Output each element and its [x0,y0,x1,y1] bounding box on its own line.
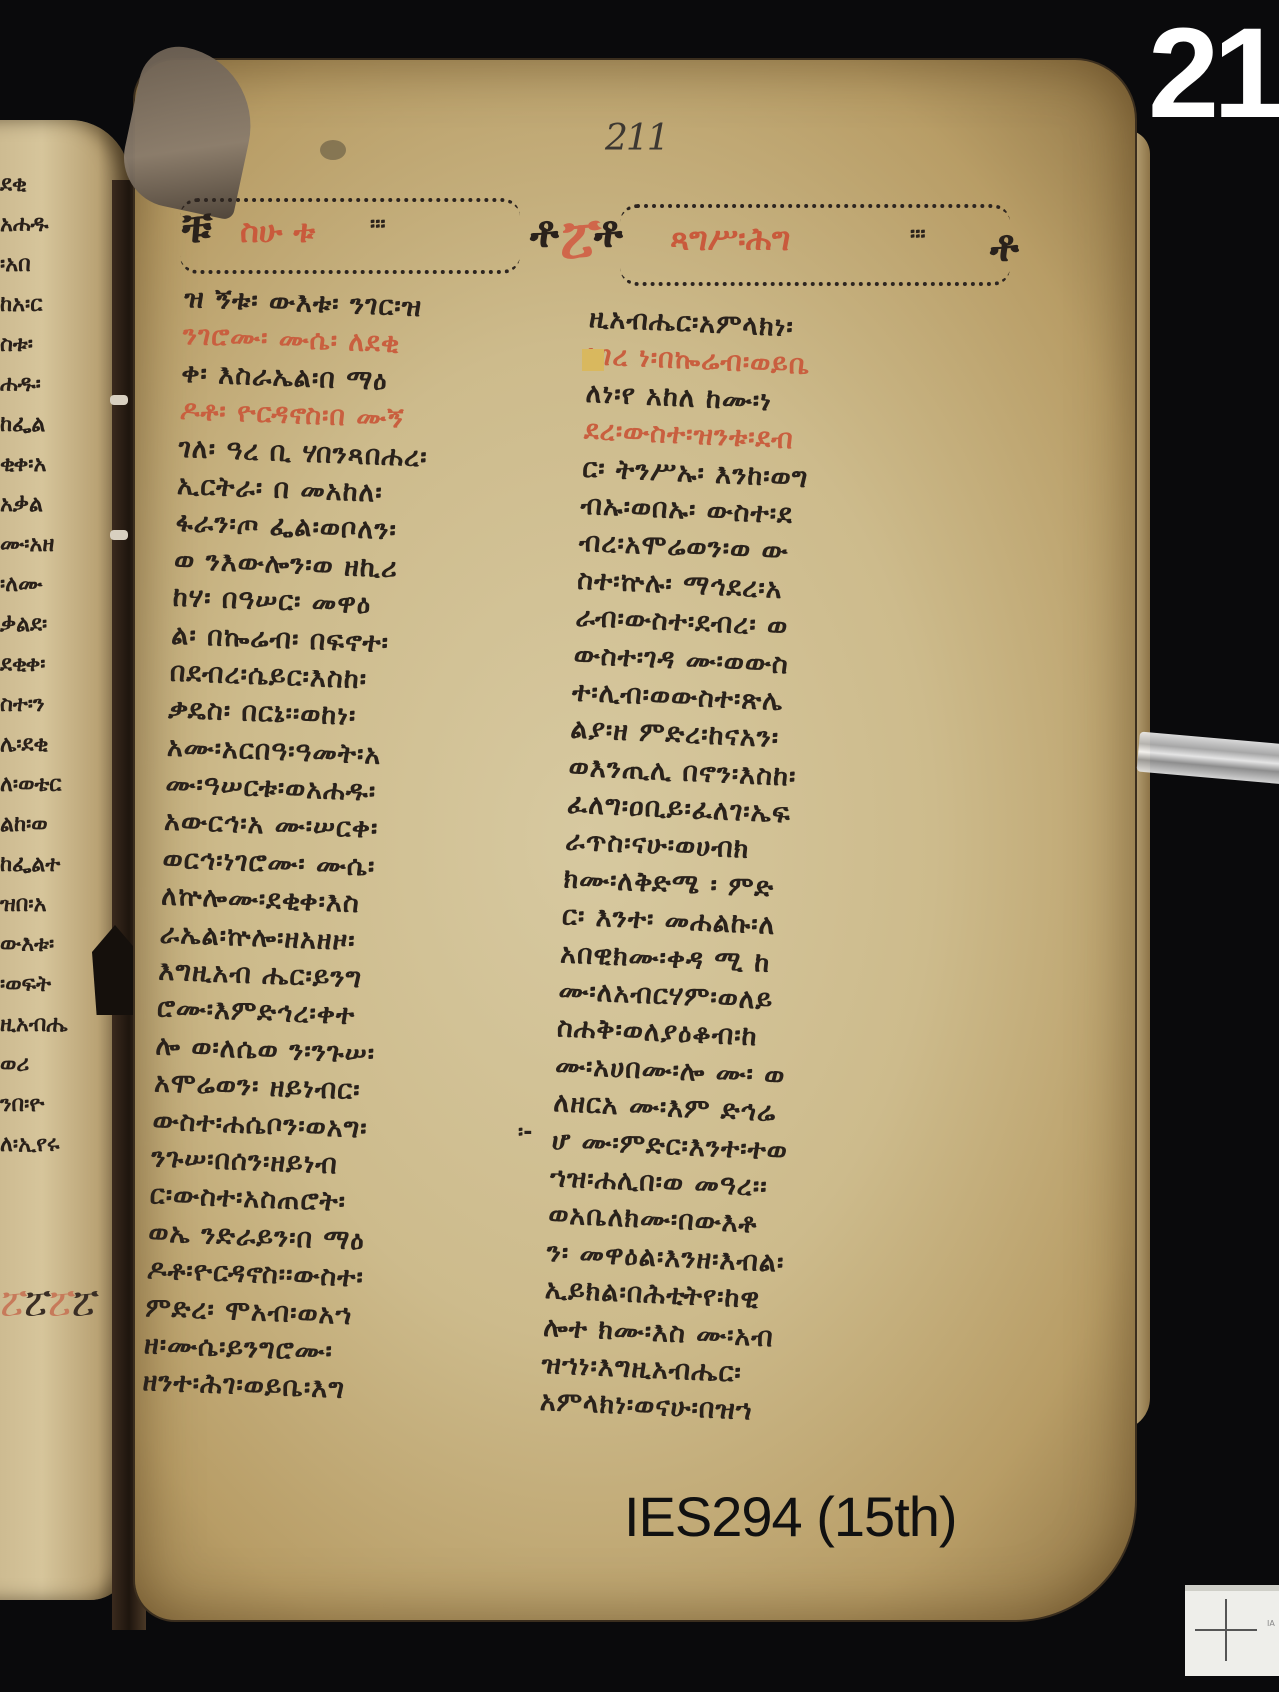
rubric-letter: ፘ [48,1280,72,1326]
header-right-panel: ጻግሥ፡ሕግ ፡፡፡ ቶ [620,190,1020,290]
shelfmark-label: IES294 (15th) [624,1484,957,1549]
cross-ornament-icon: ቶ [594,206,623,257]
marginal-mark: ፡- [518,1120,532,1145]
text-line: ሐዱ፡ [0,365,115,405]
page-number: 211 [605,118,668,159]
rubric-letter: ፘ [0,1280,24,1326]
rubric-letter: ፘ [24,1280,48,1326]
header-left-panel: ቹ ስሁ ቱ ፡፡፡ [170,190,530,290]
text-line: ከአ፡ር [0,285,115,325]
binding-thread [110,530,128,540]
crosshair-icon [1225,1599,1227,1661]
text-line: ለ፡ወቴር [0,765,115,805]
previous-folio-rubric: ፘፘፘፘ [0,1280,95,1326]
scale-card-label: IA [1267,1619,1275,1628]
text-line: ስቱ፡ [0,325,115,365]
rubric-letter: ፘ [72,1280,96,1326]
previous-folio: ደቂአሐዱ፡አበከአ፡ርስቱ፡ሐዱ፡ከፌልቂቀ፡አአቃልሙ፡አዘ፡ለሙቃልደ፡ደ… [0,120,130,1600]
binding-thread [110,395,128,405]
text-line: ለ፡ኢየሩ [0,1125,115,1165]
text-line: ከፌል [0,405,115,445]
text-column-right: ዚአብሔር፡አምላክነ፡ነገረ ነ፡በኰሬብ፡ወይቤለነ፡የ አከለ ከሙ፡ነደ… [539,300,989,1439]
header-frame-left [180,198,520,274]
stain [320,140,346,160]
header-punctuation: ፡፡፡ [370,212,386,237]
header-rubric-left: ስሁ ቱ [240,212,315,251]
text-line: ፡ለሙ [0,565,115,605]
text-line: ፡አበ [0,245,115,285]
cross-ornament-icon: ቶ [530,206,559,257]
cross-ornament-icon: ቹ [182,202,212,253]
text-line: ደቂቀ፡ [0,645,115,685]
text-line: ቃልደ፡ [0,605,115,645]
text-line: ሌ፡ደቂ [0,725,115,765]
text-line: ወሪ [0,1045,115,1085]
scale-card: IA [1185,1585,1279,1676]
cross-ornament-icon: ቶ [990,220,1019,271]
text-line: ስተ፡ን [0,685,115,725]
previous-folio-text: ደቂአሐዱ፡አበከአ፡ርስቱ፡ሐዱ፡ከፌልቂቀ፡አአቃልሙ፡አዘ፡ለሙቃልደ፡ደ… [0,165,115,1165]
header-rubric-right: ጻግሥ፡ሕግ [670,220,790,259]
text-line: አቃል [0,485,115,525]
folio-number-overlay: 21 [1148,10,1278,138]
text-line: አሐዱ [0,205,115,245]
text-line: ከፌልተ [0,845,115,885]
text-line: ሙ፡አዘ [0,525,115,565]
text-line: ልከ፡ወ [0,805,115,845]
text-line: ንበ፡ዮ [0,1085,115,1125]
text-column-left: ዝ ኝቱ፡ ውእቱ፡ ንገር፡ዝንገሮሙ፡ ሙሴ፡ ለደቂቀ፡ እስራኤል፡በ … [142,280,545,1415]
text-line: ዝበ፡አ [0,885,115,925]
manuscript-photograph: ደቂአሐዱ፡አበከአ፡ርስቱ፡ሐዱ፡ከፌልቂቀ፡አአቃልሙ፡አዘ፡ለሙቃልደ፡ደ… [0,0,1279,1692]
plastic-clip [1137,732,1279,785]
yellow-marker [582,349,604,371]
header-punctuation: ፡፡፡ [910,222,926,247]
text-line: ደቂ [0,165,115,205]
text-line: ቂቀ፡አ [0,445,115,485]
